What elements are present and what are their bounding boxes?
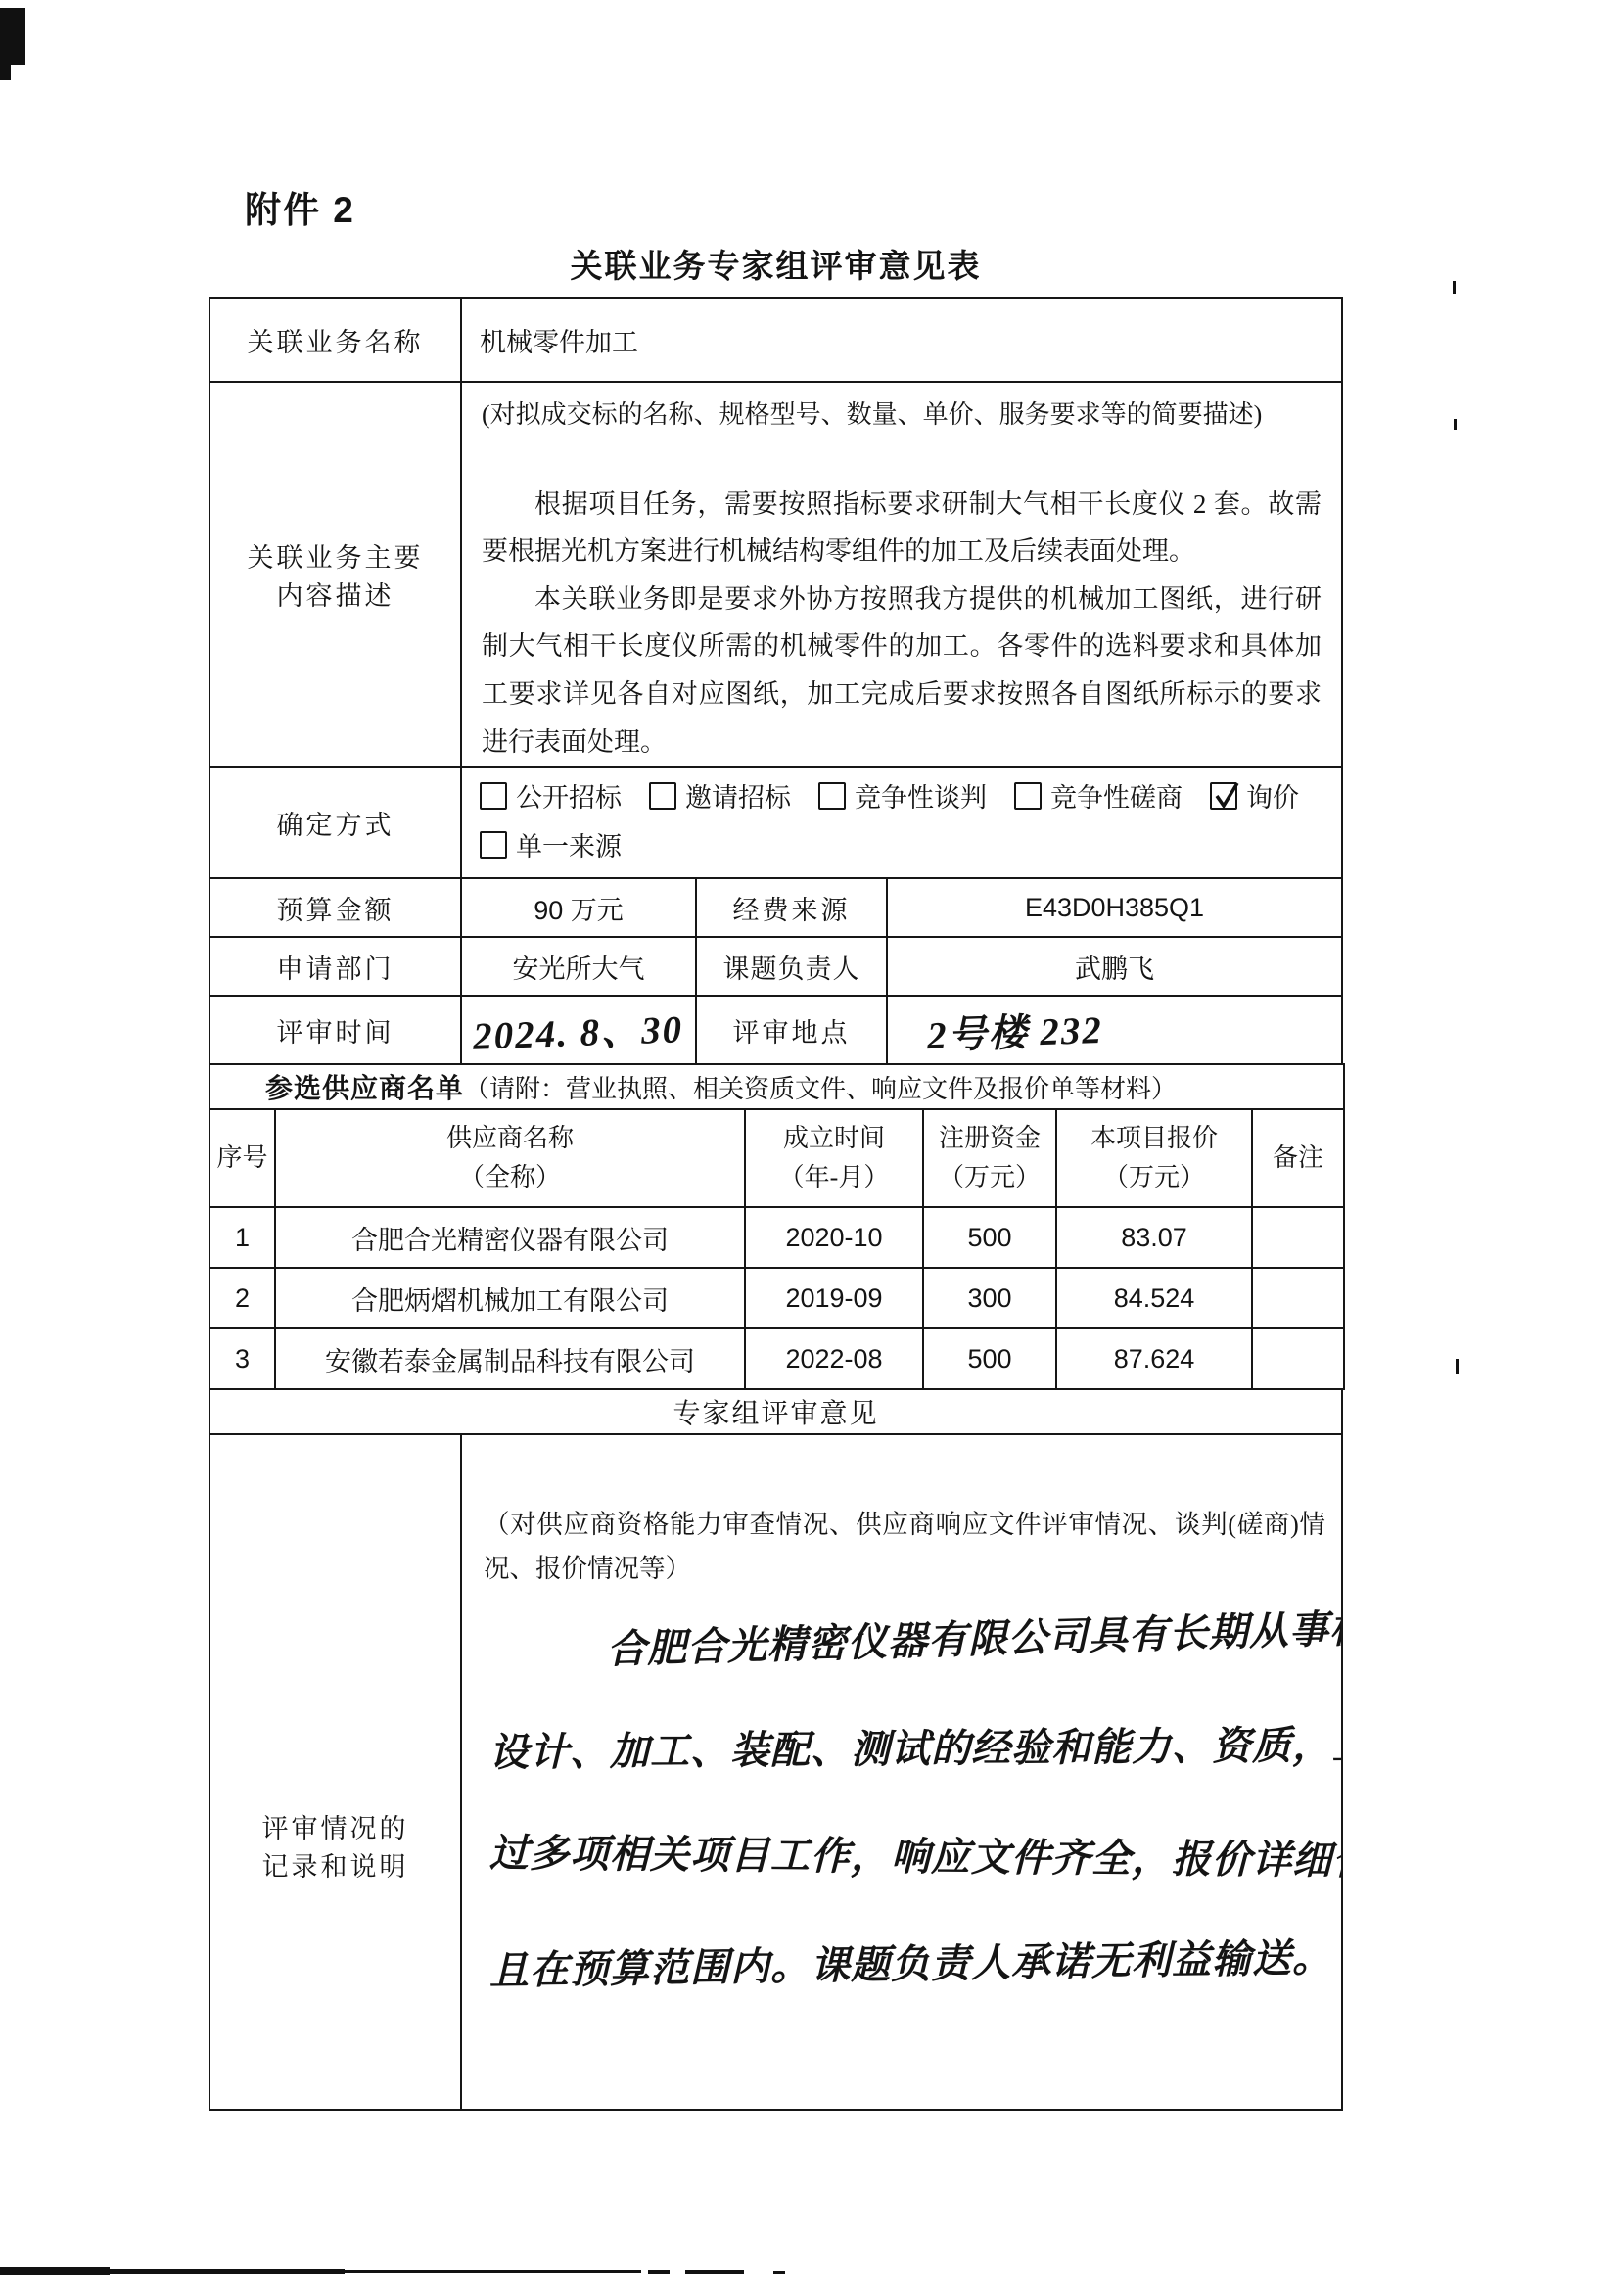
method-option-competitive-consultation: 竞争性磋商 <box>1014 783 1183 813</box>
checkbox-icon <box>1210 782 1237 810</box>
project-leader-value: 武鹏飞 <box>887 937 1342 996</box>
main-content-value: (对拟成交标的名称、规格型号、数量、单价、服务要求等的简要描述) 根据项目任务，… <box>461 382 1342 767</box>
review-time-value: 2024. 8、30 <box>461 996 696 1064</box>
table-row-budget: 预算金额 90 万元 经费来源 E43D0H385Q1 <box>209 878 1342 937</box>
method-option-label: 公开招标 <box>516 783 622 813</box>
method-option-single-source: 单一来源 <box>480 832 622 862</box>
method-label: 确定方式 <box>209 767 461 878</box>
supplier-established: 2019-09 <box>745 1268 923 1328</box>
method-options-line-2: 单一来源 <box>480 822 1323 871</box>
main-content-label: 关联业务主要内容描述 <box>209 382 461 767</box>
review-form-table: 关联业务名称 机械零件加工 关联业务主要内容描述 (对拟成交标的名称、规格型号、… <box>209 297 1343 2111</box>
method-options-cell: 公开招标邀请招标竞争性谈判竞争性磋商询价 单一来源 <box>461 767 1342 878</box>
supplier-remark <box>1252 1268 1344 1328</box>
handwritten-line-3: 过多项相关项目工作，响应文件齐全，报价详细合理， <box>489 1833 1320 1883</box>
attachment-label: 附件 2 <box>245 180 355 233</box>
supplier-remark <box>1252 1328 1344 1389</box>
method-option-invited-tender: 邀请招标 <box>649 783 791 813</box>
opinion-table: 专家组评审意见 评审情况的记录和说明 （对供应商资格能力审查情况、供应商响应文件… <box>209 1388 1343 2111</box>
supplier-section-note: （请附：营业执照、相关资质文件、响应文件及报价单等材料） <box>464 1075 1177 1103</box>
scan-artifact-right-1 <box>1453 281 1456 294</box>
funding-source-label: 经费来源 <box>696 878 887 937</box>
scan-artifact-bottom-4 <box>648 2270 670 2274</box>
review-time-handwritten: 2024. 8、30 <box>473 999 685 1060</box>
method-option-label: 邀请招标 <box>685 783 791 813</box>
column-header-remark: 备注 <box>1252 1109 1344 1207</box>
checkbox-icon <box>480 831 507 859</box>
handwritten-line-2: 设计、加工、装配、测试的经验和能力、资质，且承担 <box>489 1725 1320 1775</box>
opinion-label-text: 评审情况的记录和说明 <box>254 1807 418 1884</box>
supplier-established: 2020-10 <box>745 1207 923 1268</box>
table-row-business-name: 关联业务名称 机械零件加工 <box>209 298 1342 382</box>
table-row-review-time: 评审时间 2024. 8、30 评审地点 2号楼 232 <box>209 996 1342 1064</box>
supplier-section-title-bold: 参选供应商名单 <box>265 1073 464 1103</box>
supplier-name: 合肥炳熠机械加工有限公司 <box>275 1268 745 1328</box>
applying-department-value: 安光所大气 <box>461 937 696 996</box>
review-location-handwritten: 2号楼 232 <box>926 1000 1104 1060</box>
checkbox-icon <box>818 782 846 810</box>
main-content-paragraph-2: 本关联业务即是要求外协方按照我方提供的机械加工图纸，进行研制大气相干长度仪所需的… <box>482 576 1322 766</box>
supplier-columns-header-row: 序号 供应商名称（全称） 成立时间（年-月） 注册资金（万元） 本项目报价（万元… <box>209 1109 1344 1207</box>
scan-artifact-bottom-3 <box>345 2270 641 2273</box>
method-option-label: 竞争性谈判 <box>855 783 987 813</box>
opinion-label: 评审情况的记录和说明 <box>209 1434 461 2110</box>
checkbox-icon <box>649 782 676 810</box>
supplier-name: 安徽若泰金属制品科技有限公司 <box>275 1328 745 1389</box>
supplier-section-title: 参选供应商名单（请附：营业执照、相关资质文件、响应文件及报价单等材料） <box>209 1064 1344 1109</box>
checkbox-icon <box>480 782 507 810</box>
opinion-row: 评审情况的记录和说明 （对供应商资格能力审查情况、供应商响应文件评审情况、谈判(… <box>209 1434 1342 2110</box>
budget-label: 预算金额 <box>209 878 461 937</box>
method-option-competitive-negotiation: 竞争性谈判 <box>818 783 987 813</box>
supplier-row-2: 2 合肥炳熠机械加工有限公司 2019-09 300 84.524 <box>209 1268 1344 1328</box>
review-location-value: 2号楼 232 <box>887 996 1342 1064</box>
opinion-hint: （对供应商资格能力审查情况、供应商响应文件评审情况、谈判(磋商)情况、报价情况等… <box>484 1503 1325 1591</box>
supplier-no: 3 <box>209 1328 275 1389</box>
method-option-label: 询价 <box>1246 783 1299 813</box>
supplier-no: 2 <box>209 1268 275 1328</box>
column-header-name: 供应商名称（全称） <box>275 1109 745 1207</box>
page-title: 关联业务专家组评审意见表 <box>209 241 1343 287</box>
column-header-no: 序号 <box>209 1109 275 1207</box>
check-icon <box>1213 780 1240 810</box>
method-option-label: 单一来源 <box>516 832 622 862</box>
form-table-top: 关联业务名称 机械零件加工 关联业务主要内容描述 (对拟成交标的名称、规格型号、… <box>209 297 1343 879</box>
scan-artifact-right-2 <box>1454 419 1457 430</box>
supplier-name: 合肥合光精密仪器有限公司 <box>275 1207 745 1268</box>
checkbox-icon <box>1014 782 1042 810</box>
column-header-established: 成立时间（年-月） <box>745 1109 923 1207</box>
supplier-row-3: 3 安徽若泰金属制品科技有限公司 2022-08 500 87.624 <box>209 1328 1344 1389</box>
table-row-method: 确定方式 公开招标邀请招标竞争性谈判竞争性磋商询价 单一来源 <box>209 767 1342 878</box>
business-name-label: 关联业务名称 <box>209 298 461 382</box>
supplier-remark <box>1252 1207 1344 1268</box>
supplier-no: 1 <box>209 1207 275 1268</box>
handwritten-opinion: 合肥合光精密仪器有限公司具有长期从事机械 设计、加工、装配、测试的经验和能力、资… <box>484 1620 1325 1986</box>
supplier-capital: 500 <box>923 1207 1056 1268</box>
supplier-quote: 83.07 <box>1056 1207 1252 1268</box>
method-options-line-1: 公开招标邀请招标竞争性谈判竞争性磋商询价 <box>480 773 1323 822</box>
supplier-quote: 84.524 <box>1056 1268 1252 1328</box>
column-header-quote: 本项目报价（万元） <box>1056 1109 1252 1207</box>
scan-artifact-bottom-5 <box>685 2270 744 2274</box>
review-time-label: 评审时间 <box>209 996 461 1064</box>
review-location-label: 评审地点 <box>696 996 887 1064</box>
scan-artifact-right-3 <box>1456 1359 1459 1374</box>
supplier-capital: 300 <box>923 1268 1056 1328</box>
method-option-inquiry: 询价 <box>1210 783 1299 813</box>
opinion-section-header-row: 专家组评审意见 <box>209 1389 1342 1434</box>
method-option-open-tender: 公开招标 <box>480 783 622 813</box>
scanned-document-page: 附件 2 关联业务专家组评审意见表 关联业务名称 机械零件加工 关联业务主要内容… <box>0 0 1624 2282</box>
scan-artifact-bottom-2 <box>110 2269 345 2274</box>
handwritten-line-4: 且在预算范围内。课题负责人承诺无利益输送。 <box>489 1937 1321 1993</box>
opinion-section-title: 专家组评审意见 <box>209 1389 1342 1434</box>
table-row-department: 申请部门 安光所大气 课题负责人 武鹏飞 <box>209 937 1342 996</box>
method-option-label: 竞争性磋商 <box>1050 783 1183 813</box>
handwritten-line-1: 合肥合光精密仪器有限公司具有长期从事机械 <box>489 1608 1321 1675</box>
column-header-capital: 注册资金（万元） <box>923 1109 1056 1207</box>
supplier-quote: 87.624 <box>1056 1328 1252 1389</box>
form-table-middle: 预算金额 90 万元 经费来源 E43D0H385Q1 申请部门 安光所大气 课… <box>209 877 1343 1065</box>
applying-department-label: 申请部门 <box>209 937 461 996</box>
table-row-main-content: 关联业务主要内容描述 (对拟成交标的名称、规格型号、数量、单价、服务要求等的简要… <box>209 382 1342 767</box>
main-content-label-text: 关联业务主要内容描述 <box>240 536 432 613</box>
supplier-row-1: 1 合肥合光精密仪器有限公司 2020-10 500 83.07 <box>209 1207 1344 1268</box>
opinion-content-cell: （对供应商资格能力审查情况、供应商响应文件评审情况、谈判(磋商)情况、报价情况等… <box>461 1434 1342 2110</box>
scan-artifact-top-left-2 <box>0 65 11 80</box>
scan-artifact-bottom-6 <box>773 2271 785 2274</box>
budget-value: 90 万元 <box>461 878 696 937</box>
main-content-paragraph-1: 根据项目任务，需要按照指标要求研制大气相干长度仪 2 套。故需要根据光机方案进行… <box>482 481 1322 576</box>
funding-source-value: E43D0H385Q1 <box>887 878 1342 937</box>
supplier-capital: 500 <box>923 1328 1056 1389</box>
supplier-section-header-row: 参选供应商名单（请附：营业执照、相关资质文件、响应文件及报价单等材料） <box>209 1064 1344 1109</box>
project-leader-label: 课题负责人 <box>696 937 887 996</box>
main-content-hint: (对拟成交标的名称、规格型号、数量、单价、服务要求等的简要描述) <box>482 395 1322 436</box>
supplier-table: 参选供应商名单（请附：营业执照、相关资质文件、响应文件及报价单等材料） 序号 供… <box>209 1063 1345 1390</box>
business-name-value: 机械零件加工 <box>461 298 1342 382</box>
scan-artifact-top-left <box>0 8 25 65</box>
scan-artifact-bottom-1 <box>0 2267 110 2275</box>
supplier-established: 2022-08 <box>745 1328 923 1389</box>
